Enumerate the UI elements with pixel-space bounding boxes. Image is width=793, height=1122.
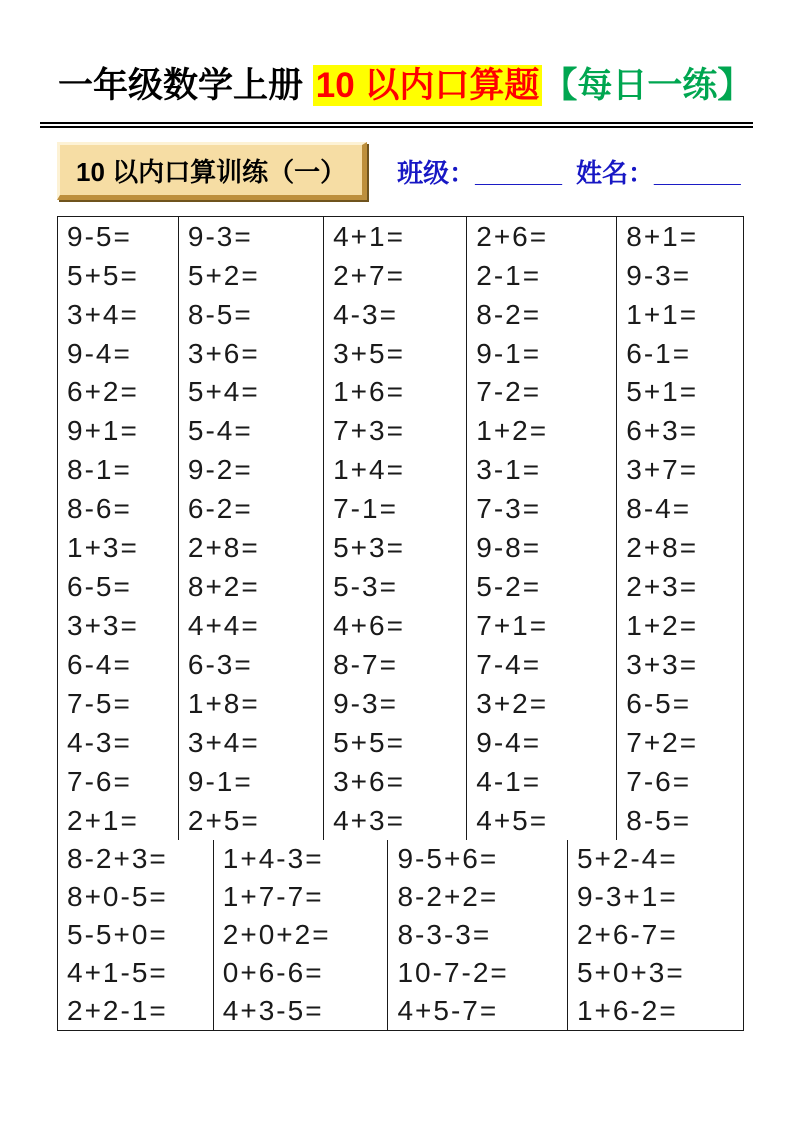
- problem-cell: 4-3=: [58, 723, 178, 762]
- problem-cell: 5+4=: [179, 373, 323, 412]
- problem-cell: 6-5=: [617, 685, 743, 724]
- two-step-problem-cell: 10-7-2=: [388, 954, 566, 992]
- two-step-problem-cell: 9-5+6=: [388, 840, 566, 878]
- two-step-problems: 8-2+3=8+0-5=5-5+0=4+1-5=2+2-1= 1+4-3=1+7…: [58, 840, 743, 1030]
- section-badge-label: 10 以内口算训练（一）: [76, 157, 346, 187]
- problem-cell: 3+7=: [617, 451, 743, 490]
- problem-column-2: 9-3=5+2=8-5=3+6=5+4=5-4=9-2=6-2=2+8=8+2=…: [178, 217, 323, 840]
- problem-cell: 5-3=: [324, 568, 466, 607]
- problem-cell: 1+6=: [324, 373, 466, 412]
- problem-cell: 8-1=: [58, 451, 178, 490]
- two-step-problem-cell: 2+2-1=: [58, 992, 213, 1030]
- two-step-problem-cell: 2+6-7=: [568, 916, 743, 954]
- problem-cell: 7-3=: [467, 490, 616, 529]
- two-step-problem-cell: 0+6-6=: [214, 954, 388, 992]
- problem-cell: 3+6=: [324, 762, 466, 801]
- problem-cell: 8-5=: [179, 295, 323, 334]
- problem-cell: 7+2=: [617, 723, 743, 762]
- two-step-column-4: 5+2-4=9-3+1=2+6-7=5+0+3=1+6-2=: [567, 840, 743, 1030]
- problem-cell: 2+7=: [324, 256, 466, 295]
- problems-table: 9-5=5+5=3+4=9-4=6+2=9+1=8-1=8-6=1+3=6-5=…: [57, 216, 744, 1031]
- problem-cell: 1+4=: [324, 451, 466, 490]
- problem-cell: 9-3=: [324, 685, 466, 724]
- problem-cell: 3+4=: [58, 295, 178, 334]
- title-topic-highlight: 10 以内口算题: [313, 65, 543, 106]
- problem-cell: 9-4=: [58, 334, 178, 373]
- two-step-problem-cell: 9-3+1=: [568, 878, 743, 916]
- problem-cell: 6-2=: [179, 490, 323, 529]
- problem-cell: 2+8=: [617, 529, 743, 568]
- two-step-problem-cell: 4+5-7=: [388, 992, 566, 1030]
- problem-cell: 8-5=: [617, 801, 743, 840]
- problem-cell: 3+6=: [179, 334, 323, 373]
- problem-cell: 7-2=: [467, 373, 616, 412]
- problem-cell: 5+3=: [324, 529, 466, 568]
- problem-cell: 4+1=: [324, 217, 466, 256]
- problem-cell: 6-4=: [58, 646, 178, 685]
- problem-cell: 6-5=: [58, 568, 178, 607]
- problem-cell: 4-3=: [324, 295, 466, 334]
- single-step-problems: 9-5=5+5=3+4=9-4=6+2=9+1=8-1=8-6=1+3=6-5=…: [58, 217, 743, 840]
- two-step-column-2: 1+4-3=1+7-7=2+0+2=0+6-6=4+3-5=: [213, 840, 388, 1030]
- two-step-column-3: 9-5+6=8-2+2=8-3-3=10-7-2=4+5-7=: [387, 840, 566, 1030]
- problem-cell: 5+5=: [324, 723, 466, 762]
- problem-cell: 8-7=: [324, 646, 466, 685]
- problem-cell: 6+2=: [58, 373, 178, 412]
- two-step-problem-cell: 5+2-4=: [568, 840, 743, 878]
- problem-cell: 6+3=: [617, 412, 743, 451]
- page-title: 一年级数学上册 10 以内口算题【每日一练】: [58, 66, 753, 106]
- two-step-problem-cell: 5-5+0=: [58, 916, 213, 954]
- problem-cell: 9-8=: [467, 529, 616, 568]
- problem-cell: 1+2=: [467, 412, 616, 451]
- problem-cell: 2-1=: [467, 256, 616, 295]
- problem-cell: 8+2=: [179, 568, 323, 607]
- problem-cell: 3+5=: [324, 334, 466, 373]
- problem-cell: 9-4=: [467, 723, 616, 762]
- problem-cell: 5-4=: [179, 412, 323, 451]
- problem-cell: 7+1=: [467, 607, 616, 646]
- problem-cell: 2+5=: [179, 801, 323, 840]
- problem-cell: 8-2=: [467, 295, 616, 334]
- two-step-problem-cell: 1+4-3=: [214, 840, 388, 878]
- problem-cell: 8-6=: [58, 490, 178, 529]
- problem-cell: 5+1=: [617, 373, 743, 412]
- two-step-problem-cell: 8-3-3=: [388, 916, 566, 954]
- problem-cell: 5+5=: [58, 256, 178, 295]
- problem-cell: 9-1=: [467, 334, 616, 373]
- problem-cell: 2+3=: [617, 568, 743, 607]
- problem-cell: 1+2=: [617, 607, 743, 646]
- two-step-problem-cell: 4+1-5=: [58, 954, 213, 992]
- problem-column-5: 8+1=9-3=1+1=6-1=5+1=6+3=3+7=8-4=2+8=2+3=…: [616, 217, 743, 840]
- two-step-problem-cell: 5+0+3=: [568, 954, 743, 992]
- problem-cell: 6-1=: [617, 334, 743, 373]
- problem-cell: 7-1=: [324, 490, 466, 529]
- problem-column-3: 4+1=2+7=4-3=3+5=1+6=7+3=1+4=7-1=5+3=5-3=…: [323, 217, 466, 840]
- problem-cell: 2+1=: [58, 801, 178, 840]
- header-row: 10 以内口算训练（一） 班级：______姓名：______: [57, 142, 753, 200]
- two-step-problem-cell: 4+3-5=: [214, 992, 388, 1030]
- problem-cell: 4+6=: [324, 607, 466, 646]
- problem-cell: 1+8=: [179, 685, 323, 724]
- problem-cell: 4+3=: [324, 801, 466, 840]
- problem-cell: 5-2=: [467, 568, 616, 607]
- problem-cell: 3+3=: [617, 646, 743, 685]
- problem-cell: 7-4=: [467, 646, 616, 685]
- class-blank: ______: [475, 158, 562, 188]
- problem-cell: 4+5=: [467, 801, 616, 840]
- title-daily-practice: 【每日一练】: [542, 66, 752, 105]
- problem-cell: 3+3=: [58, 607, 178, 646]
- problem-cell: 9-3=: [617, 256, 743, 295]
- problem-cell: 6-3=: [179, 646, 323, 685]
- two-step-problem-cell: 8+0-5=: [58, 878, 213, 916]
- problem-cell: 8+1=: [617, 217, 743, 256]
- problem-column-4: 2+6=2-1=8-2=9-1=7-2=1+2=3-1=7-3=9-8=5-2=…: [466, 217, 616, 840]
- two-step-problem-cell: 1+6-2=: [568, 992, 743, 1030]
- problem-cell: 2+6=: [467, 217, 616, 256]
- problem-cell: 7+3=: [324, 412, 466, 451]
- title-grade-text: 一年级数学上册: [58, 66, 313, 105]
- problem-cell: 1+3=: [58, 529, 178, 568]
- two-step-problem-cell: 1+7-7=: [214, 878, 388, 916]
- problem-cell: 9+1=: [58, 412, 178, 451]
- two-step-column-1: 8-2+3=8+0-5=5-5+0=4+1-5=2+2-1=: [58, 840, 213, 1030]
- problem-cell: 4+4=: [179, 607, 323, 646]
- two-step-problem-cell: 8-2+2=: [388, 878, 566, 916]
- problem-cell: 5+2=: [179, 256, 323, 295]
- problem-cell: 4-1=: [467, 762, 616, 801]
- class-label: 班级：: [397, 158, 475, 188]
- problem-cell: 9-5=: [58, 217, 178, 256]
- problem-cell: 8-4=: [617, 490, 743, 529]
- two-step-problem-cell: 8-2+3=: [58, 840, 213, 878]
- problem-cell: 7-6=: [58, 762, 178, 801]
- student-fields: 班级：______姓名：______: [397, 153, 755, 190]
- problem-cell: 7-5=: [58, 685, 178, 724]
- problem-cell: 9-1=: [179, 762, 323, 801]
- problem-cell: 3+4=: [179, 723, 323, 762]
- problem-cell: 7-6=: [617, 762, 743, 801]
- problem-cell: 3+2=: [467, 685, 616, 724]
- section-badge: 10 以内口算训练（一）: [57, 142, 367, 200]
- worksheet-page: 一年级数学上册 10 以内口算题【每日一练】 10 以内口算训练（一） 班级：_…: [0, 0, 793, 1031]
- title-divider: [40, 122, 753, 128]
- name-blank: ______: [654, 158, 741, 188]
- name-label: 姓名：: [576, 158, 654, 188]
- problem-cell: 2+8=: [179, 529, 323, 568]
- problem-cell: 3-1=: [467, 451, 616, 490]
- problem-cell: 9-2=: [179, 451, 323, 490]
- two-step-problem-cell: 2+0+2=: [214, 916, 388, 954]
- problem-cell: 1+1=: [617, 295, 743, 334]
- problem-column-1: 9-5=5+5=3+4=9-4=6+2=9+1=8-1=8-6=1+3=6-5=…: [58, 217, 178, 840]
- problem-cell: 9-3=: [179, 217, 323, 256]
